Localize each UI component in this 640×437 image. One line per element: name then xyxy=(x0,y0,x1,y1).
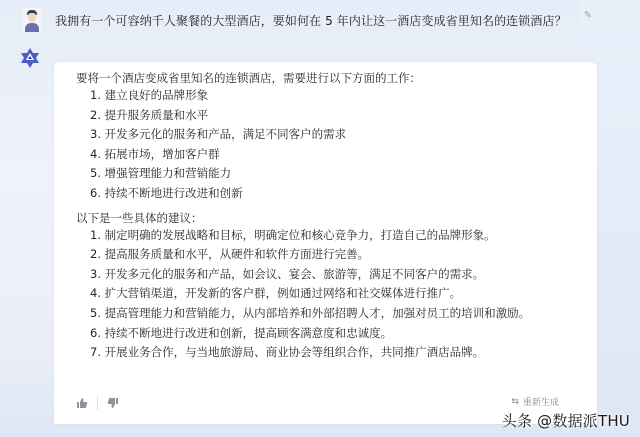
answer-intro: 要将一个酒店变成省里知名的连锁酒店，需要进行以下方面的工作： xyxy=(76,70,587,86)
list-item: 3. 开发多元化的服务和产品，如会议、宴会、旅游等，满足不同客户的需求。 xyxy=(76,265,587,285)
pencil-icon[interactable]: ✎ xyxy=(582,10,594,22)
source-watermark: 头条 @数据派THU xyxy=(502,410,630,431)
thumbs-down-icon[interactable] xyxy=(107,397,119,409)
suggestions-list: 1. 制定明确的发展战略和目标，明确定位和核心竞争力，打造自己的品牌形象。 2.… xyxy=(76,226,587,363)
regenerate-label: 重新生成 xyxy=(523,395,559,408)
refresh-icon: ⇆ xyxy=(511,397,519,407)
list-item: 2. 提高服务质量和水平，从硬件和软件方面进行完善。 xyxy=(76,245,587,265)
answer-card: 要将一个酒店变成省里知名的连锁酒店，需要进行以下方面的工作： 1. 建立良好的品… xyxy=(54,62,597,424)
user-question: 我拥有一个可容纳千人聚餐的大型酒店，要如何在 5 年内让这一酒店变成省里知名的连… xyxy=(55,12,567,29)
user-message-row: 我拥有一个可容纳千人聚餐的大型酒店，要如何在 5 年内让这一酒店变成省里知名的连… xyxy=(22,6,620,34)
thumbs-up-icon[interactable] xyxy=(76,397,88,409)
list-item: 4. 拓展市场，增加客户群 xyxy=(76,145,587,165)
list-item: 2. 提升服务质量和水平 xyxy=(76,106,587,126)
action-divider xyxy=(97,396,98,410)
list-item: 7. 开展业务合作，与当地旅游局、商业协会等组织合作，共同推广酒店品牌。 xyxy=(76,343,587,363)
feedback-actions xyxy=(76,396,119,410)
list-item: 5. 提高管理能力和营销能力，从内部培养和外部招聘人才，加强对员工的培训和激励。 xyxy=(76,304,587,324)
list-item: 5. 增强管理能力和营销能力 xyxy=(76,164,587,184)
list-item: 3. 开发多元化的服务和产品，满足不同客户的需求 xyxy=(76,125,587,145)
list-item: 6. 持续不断地进行改进和创新，提高顾客满意度和忠诚度。 xyxy=(76,324,587,344)
list-item: 4. 扩大营销渠道，开发新的客户群，例如通过网络和社交媒体进行推广。 xyxy=(76,284,587,304)
bot-logo-icon xyxy=(18,46,42,70)
user-avatar xyxy=(22,8,42,32)
work-items-list: 1. 建立良好的品牌形象 2. 提升服务质量和水平 3. 开发多元化的服务和产品… xyxy=(76,86,587,204)
suggestions-title: 以下是一些具体的建议： xyxy=(76,210,587,226)
list-item: 1. 制定明确的发展战略和目标，明确定位和核心竞争力，打造自己的品牌形象。 xyxy=(76,226,587,246)
regenerate-button[interactable]: ⇆ 重新生成 xyxy=(511,395,559,408)
list-item: 1. 建立良好的品牌形象 xyxy=(76,86,587,106)
list-item: 6. 持续不断地进行改进和创新 xyxy=(76,184,587,204)
